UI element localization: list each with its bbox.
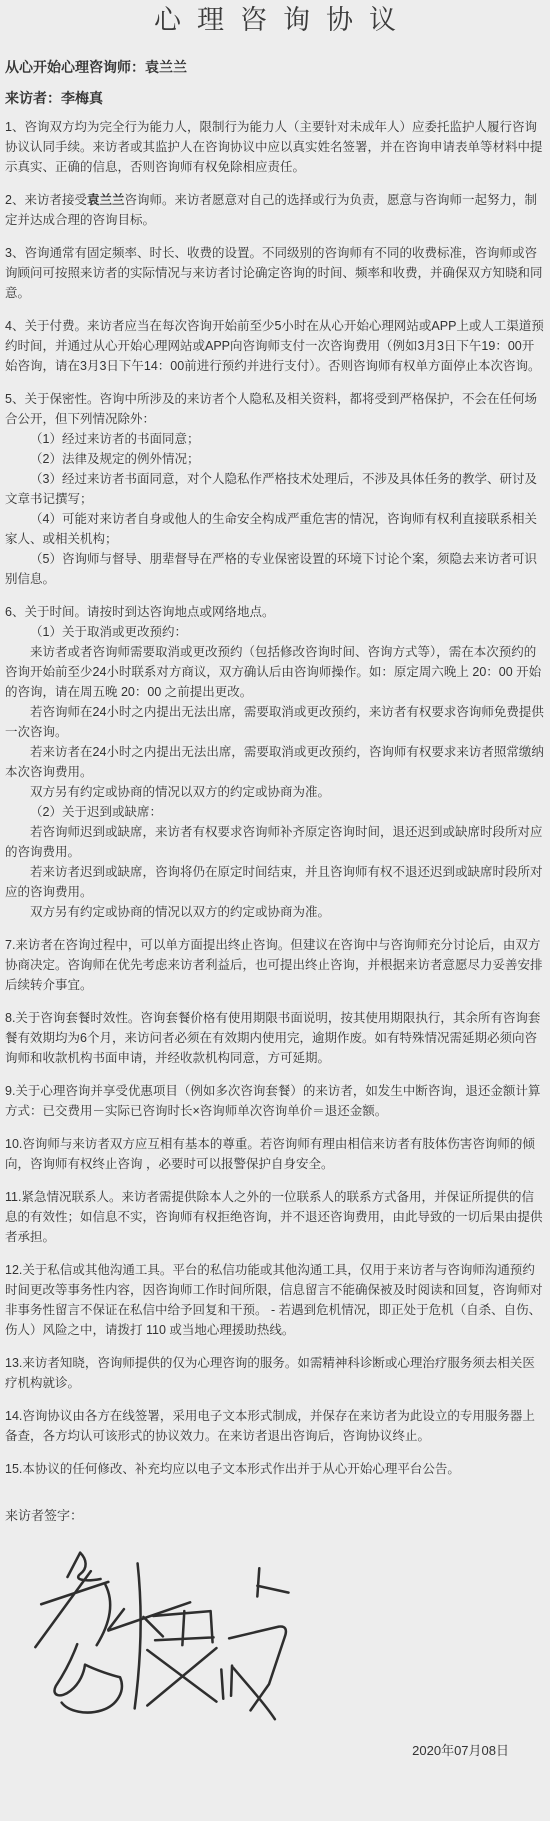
- signature-stroke: [153, 1611, 213, 1645]
- signature-stroke: [257, 1568, 288, 1596]
- clause-paragraph: 14.咨询协议由各方在线签署，采用电子文本形式制成，并保存在来访者为此设立的专用…: [5, 1406, 545, 1446]
- signature-stroke: [108, 1602, 190, 1636]
- visitor-line: 来访者：李梅真: [5, 90, 545, 106]
- clause: 3、咨询通常有固定频率、时长、收费的设置。不同级别的咨询师有不同的收费标准，咨询…: [5, 243, 545, 303]
- clause: 9.关于心理咨询并享受优惠项目（例如多次咨询套餐）的来访者，如发生中断咨询，退还…: [5, 1081, 545, 1121]
- clause: 1、咨询双方均为完全行为能力人，限制行为能力人（主要针对未成年人）应委托监护人履…: [5, 117, 545, 177]
- clause-paragraph: （5）咨询师与督导、朋辈督导在严格的专业保密设置的环境下讨论个案，须隐去来访者可…: [5, 549, 545, 589]
- clause-paragraph: （4）可能对来访者自身或他人的生命安全构成严重危害的情况，咨询师有权利直接联系相…: [5, 509, 545, 549]
- clause-paragraph: 6、关于时间。请按时到达咨询地点或网络地点。: [5, 602, 545, 622]
- counselor-label: 从心开始心理咨询师：: [5, 59, 145, 75]
- clause: 4、关于付费。来访者应当在每次咨询开始前至少5小时在从心开始心理网站或APP上或…: [5, 316, 545, 376]
- signature-stroke: [135, 1563, 141, 1708]
- clause-paragraph: （2）法律及规定的例外情况；: [5, 449, 545, 469]
- clause-paragraph: 13.来访者知晓，咨询师提供的仅为心理咨询的服务。如需精神科诊断或心理治疗服务须…: [5, 1353, 545, 1393]
- clause: 6、关于时间。请按时到达咨询地点或网络地点。（1）关于取消或更改预约：来访者或者…: [5, 602, 545, 922]
- clause-paragraph: 11.紧急情况联系人。来访者需提供除本人之外的一位联系人的联系方式备用，并保证所…: [5, 1187, 545, 1247]
- clause: 2、来访者接受袁兰兰咨询师。来访者愿意对自己的选择或行为负责，愿意与咨询师一起努…: [5, 190, 545, 230]
- page-title: 心理咨询协议: [5, 2, 545, 36]
- counselor-name-inline: 袁兰兰: [87, 193, 125, 207]
- clause-paragraph: 来访者或者咨询师需要取消或更改预约（包括修改咨询时间、咨询方式等），需在本次预约…: [5, 642, 545, 702]
- signature-stroke: [233, 1668, 275, 1720]
- clause-paragraph: 若咨询师在24小时之内提出无法出席，需要取消或更改预约，来访者有权要求咨询师免费…: [5, 702, 545, 742]
- signature-stroke: [97, 1585, 111, 1645]
- clause: 5、关于保密性。咨询中所涉及的来访者个人隐私及相关资料，都将受到严格保护，不会在…: [5, 389, 545, 589]
- clause: 11.紧急情况联系人。来访者需提供除本人之外的一位联系人的联系方式备用，并保证所…: [5, 1187, 545, 1247]
- clause-paragraph: （2）关于迟到或缺席：: [5, 802, 545, 822]
- signature-label: 来访者签字：: [5, 1506, 545, 1526]
- clause: 14.咨询协议由各方在线签署，采用电子文本形式制成，并保存在来访者为此设立的专用…: [5, 1406, 545, 1446]
- clause-paragraph: 8.关于咨询套餐时效性。咨询套餐价格有使用期限书面说明，按其使用期限执行，其余所…: [5, 1008, 545, 1068]
- clause-text: 2、来访者接受: [5, 193, 87, 207]
- clause: 8.关于咨询套餐时效性。咨询套餐价格有使用期限书面说明，按其使用期限执行，其余所…: [5, 1008, 545, 1068]
- signature-stroke: [67, 1553, 100, 1581]
- agreement-document: 心理咨询协议 从心开始心理咨询师：袁兰兰 来访者：李梅真 1、咨询双方均为完全行…: [0, 0, 550, 1821]
- clause-paragraph: 若来访者在24小时之内提出无法出席，需要取消或更改预约，咨询师有权要求来访者照常…: [5, 742, 545, 782]
- clause: 7.来访者在咨询过程中，可以单方面提出终止咨询。但建议在咨询中与咨询师充分讨论后…: [5, 935, 545, 995]
- signature-stroke: [35, 1571, 90, 1647]
- clause-paragraph: （1）经过来访者的书面同意；: [5, 429, 545, 449]
- clause-paragraph: （1）关于取消或更改预约：: [5, 622, 545, 642]
- counselor-line: 从心开始心理咨询师：袁兰兰: [5, 59, 545, 75]
- clause-paragraph: 2、来访者接受袁兰兰咨询师。来访者愿意对自己的选择或行为负责，愿意与咨询师一起努…: [5, 190, 545, 230]
- signature-stroke: [221, 1666, 232, 1699]
- clause-paragraph: 5、关于保密性。咨询中所涉及的来访者个人隐私及相关资料，都将受到严格保护，不会在…: [5, 389, 545, 429]
- clause: 15.本协议的任何修改、补充均应以电子文本形式作出并于从心开始心理平台公告。: [5, 1459, 545, 1479]
- clause-paragraph: 15.本协议的任何修改、补充均应以电子文本形式作出并于从心开始心理平台公告。: [5, 1459, 545, 1479]
- counselor-name: 袁兰兰: [145, 59, 187, 75]
- clause-paragraph: 双方另有约定或协商的情况以双方的约定或协商为准。: [5, 902, 545, 922]
- visitor-label: 来访者：: [5, 90, 61, 106]
- clause-paragraph: 12.关于私信或其他沟通工具。平台的私信功能或其他沟通工具，仅用于来访者与咨询师…: [5, 1260, 545, 1340]
- clauses-list: 1、咨询双方均为完全行为能力人，限制行为能力人（主要针对未成年人）应委托监护人履…: [5, 117, 545, 1479]
- clause: 12.关于私信或其他沟通工具。平台的私信功能或其他沟通工具，仅用于来访者与咨询师…: [5, 1260, 545, 1340]
- clause-paragraph: 3、咨询通常有固定频率、时长、收费的设置。不同级别的咨询师有不同的收费标准，咨询…: [5, 243, 545, 303]
- clause-paragraph: 双方另有约定或协商的情况以双方的约定或协商为准。: [5, 782, 545, 802]
- clause-paragraph: 10.咨询师与来访者双方应互相有基本的尊重。若咨询师有理由相信来访者有肢体伤害咨…: [5, 1134, 545, 1174]
- visitor-name: 李梅真: [61, 90, 103, 106]
- agreement-date: 2020年07月08日: [5, 1741, 545, 1761]
- signature-strokes: [19, 1540, 299, 1725]
- clause-paragraph: 若来访者迟到或缺席，咨询将仍在原定时间结束，并且咨询师有权不退还迟到或缺席时段所…: [5, 862, 545, 902]
- clause-paragraph: （3）经过来访者书面同意，对个人隐私作严格技术处理后，不涉及具体任务的教学、研讨…: [5, 469, 545, 509]
- clause-paragraph: 9.关于心理咨询并享受优惠项目（例如多次咨询套餐）的来访者，如发生中断咨询，退还…: [5, 1081, 545, 1121]
- clause-paragraph: 1、咨询双方均为完全行为能力人，限制行为能力人（主要针对未成年人）应委托监护人履…: [5, 117, 545, 177]
- signature-drawing: [19, 1540, 299, 1725]
- clause: 13.来访者知晓，咨询师提供的仅为心理咨询的服务。如需精神科诊断或心理治疗服务须…: [5, 1353, 545, 1393]
- signature-stroke: [147, 1648, 216, 1705]
- signature-stroke: [54, 1644, 121, 1712]
- clause: 10.咨询师与来访者双方应互相有基本的尊重。若咨询师有理由相信来访者有肢体伤害咨…: [5, 1134, 545, 1174]
- clause-paragraph: 若咨询师迟到或缺席，来访者有权要求咨询师补齐原定咨询时间，退还迟到或缺席时段所对…: [5, 822, 545, 862]
- clause-paragraph: 4、关于付费。来访者应当在每次咨询开始前至少5小时在从心开始心理网站或APP上或…: [5, 316, 545, 376]
- clause-paragraph: 7.来访者在咨询过程中，可以单方面提出终止咨询。但建议在咨询中与咨询师充分讨论后…: [5, 935, 545, 995]
